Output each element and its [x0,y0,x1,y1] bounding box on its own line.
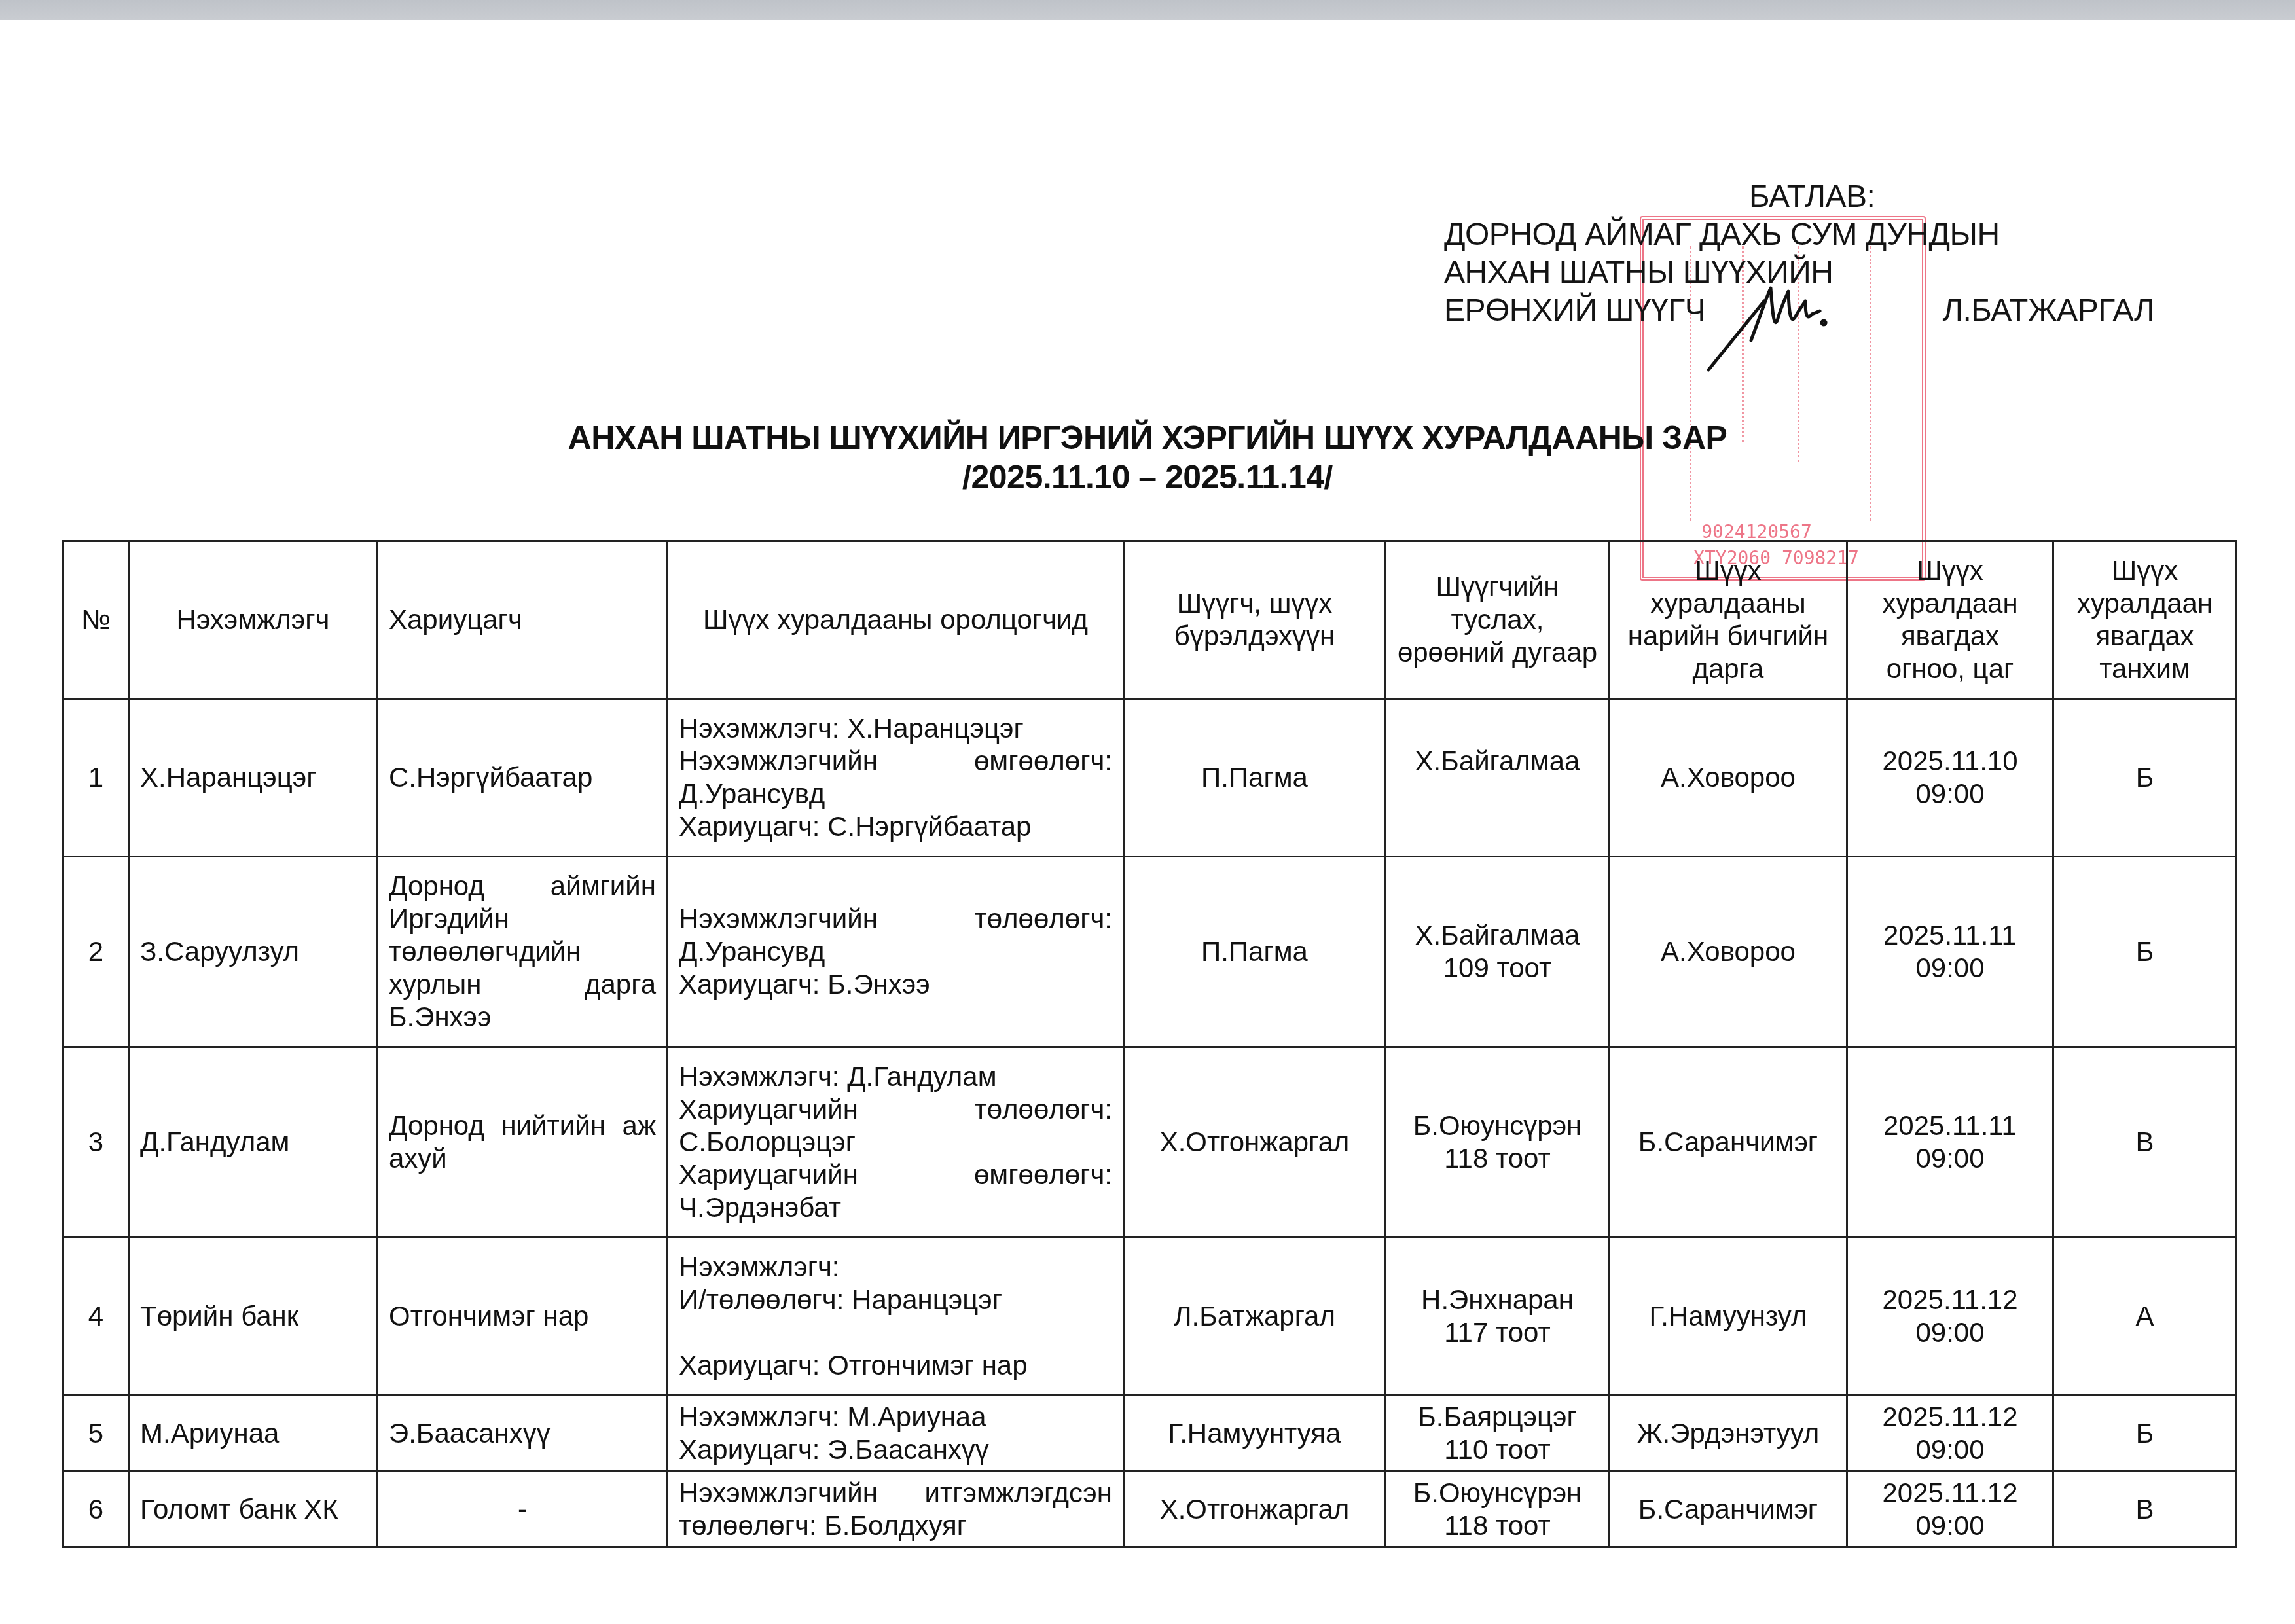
hearing-time: 09:00 [1858,1316,2042,1349]
hearing-date: 2025.11.12 [1858,1401,2042,1434]
cell-assistant-room: Б.Баярцэцэг110 тоот [1386,1396,1610,1471]
hearing-date: 2025.11.11 [1858,919,2042,952]
assistant-name: Х.Байгалмаа [1397,745,1598,778]
assistant-name: Х.Байгалмаа [1397,919,1598,952]
header-judge: Шүүгч, шүүх бүрэлдэхүүн [1124,541,1386,699]
cell-assistant-room: Б.Оюунсүрэн118 тоот [1386,1047,1610,1238]
cell-hall: А [2053,1238,2237,1396]
cell-participants: Нэхэмжлэгчийн төлөөлөгч: Д.УрансувдХариу… [668,857,1124,1047]
cell-date-time: 2025.11.1209:00 [1847,1396,2053,1471]
cell-number: 3 [63,1047,129,1238]
cell-hall: В [2053,1047,2237,1238]
cell-participants: Нэхэмжлэгч: Д.ГандуламХариуцагчийн төлөө… [668,1047,1124,1238]
cell-number: 1 [63,699,129,857]
cell-defendant: Отгончимэг нар [378,1238,668,1396]
cell-defendant: Дорнод нийтийн аж ахуй [378,1047,668,1238]
cell-judge: П.Пагма [1124,857,1386,1047]
cell-plaintiff: Төрийн банк [129,1238,378,1396]
cell-date-time: 2025.11.1209:00 [1847,1471,2053,1547]
cell-date-time: 2025.11.1009:00 [1847,699,2053,857]
cell-participants: Нэхэмжлэгч: Х.НаранцэцэгНэхэмжлэгчийн өм… [668,699,1124,857]
header-participants: Шүүх хуралдааны оролцогчид [668,541,1124,699]
cell-plaintiff: Голомт банк ХК [129,1471,378,1547]
document-title: АНХАН ШАТНЫ ШҮҮХИЙН ИРГЭНИЙ ХЭРГИЙН ШҮҮХ… [0,419,2295,457]
cell-number: 2 [63,857,129,1047]
cell-number: 5 [63,1396,129,1471]
cell-secretary: Б.Саранчимэг [1610,1047,1847,1238]
participant-line: Нэхэмжлэгч: М.Ариунаа [679,1401,1112,1434]
participant-line: Нэхэмжлэгч: Д.Гандулам [679,1060,1112,1093]
cell-plaintiff: М.Ариунаа [129,1396,378,1471]
table-row: 2З.СаруулзулДорнод аймгийн Иргэдийн төлө… [63,857,2237,1047]
cell-hall: Б [2053,857,2237,1047]
participant-line: Хариуцагч: Б.Энхээ [679,968,1112,1001]
cell-judge: Х.Отгонжаргал [1124,1471,1386,1547]
participant-line: И/төлөөлөгч: Наранцэцэг [679,1284,1112,1316]
participant-line: Хариуцагч: Э.Баасанхүү [679,1434,1112,1466]
room-number [1397,778,1598,810]
assistant-name: Б.Оюунсүрэн [1397,1477,1598,1509]
hearing-time: 09:00 [1858,778,2042,810]
cell-date-time: 2025.11.1209:00 [1847,1238,2053,1396]
table-row: 4Төрийн банкОтгончимэг нарНэхэмжлэгч:И/т… [63,1238,2237,1396]
cell-participants: Нэхэмжлэгч:И/төлөөлөгч: Наранцэцэг Хариу… [668,1238,1124,1396]
cell-date-time: 2025.11.1109:00 [1847,1047,2053,1238]
cell-plaintiff: З.Саруулзул [129,857,378,1047]
cell-number: 4 [63,1238,129,1396]
header-secretary: Шүүх хуралдааны нарийн бичгийн дарга [1610,541,1847,699]
header-hall: Шүүх хуралдаан явагдах танхим [2053,541,2237,699]
room-number: 118 тоот [1397,1509,1598,1542]
cell-defendant: Дорнод аймгийн Иргэдийн төлөөлөгчдийн ху… [378,857,668,1047]
cell-participants: Нэхэмжлэгч: М.АриунааХариуцагч: Э.Баасан… [668,1396,1124,1471]
participant-line: Хариуцагч: Отгончимэг нар [679,1349,1112,1382]
room-number: 109 тоот [1397,952,1598,984]
room-number: 117 тоот [1397,1316,1598,1349]
cell-hall: Б [2053,699,2237,857]
scan-edge [0,0,2295,20]
cell-secretary: Ж.Эрдэнэтуул [1610,1396,1847,1471]
hearing-time: 09:00 [1858,952,2042,984]
cell-assistant-room: Х.Байгалмаа109 тоот [1386,857,1610,1047]
hearing-time: 09:00 [1858,1142,2042,1175]
header-plaintiff: Нэхэмжлэгч [129,541,378,699]
cell-defendant: Э.Баасанхүү [378,1396,668,1471]
hearing-time: 09:00 [1858,1434,2042,1466]
participant-line: Нэхэмжлэгч: [679,1251,1112,1284]
cell-secretary: А.Ховороо [1610,699,1847,857]
approval-name: Л.БАТЖАРГАЛ [1942,292,2154,330]
cell-number: 6 [63,1471,129,1547]
cell-plaintiff: Д.Гандулам [129,1047,378,1238]
cell-secretary: Г.Намуунзул [1610,1238,1847,1396]
room-number: 118 тоот [1397,1142,1598,1175]
hearing-date: 2025.11.12 [1858,1477,2042,1509]
table-row: 6Голомт банк ХК-Нэхэмжлэгчийн итгэмжлэгд… [63,1471,2237,1547]
hearing-date: 2025.11.11 [1858,1110,2042,1142]
participant-line: Нэхэмжлэгч: Х.Наранцэцэг [679,712,1112,745]
header-date-time: Шүүх хуралдаан явагдах огноо, цаг [1847,541,2053,699]
approval-title: БАТЛАВ: [1444,178,2197,216]
cell-assistant-room: Б.Оюунсүрэн118 тоот [1386,1471,1610,1547]
table-row: 3Д.ГандуламДорнод нийтийн аж ахуйНэхэмжл… [63,1047,2237,1238]
cell-assistant-room: Н.Энхнаран117 тоот [1386,1238,1610,1396]
signature-icon [1702,275,1839,373]
participant-line: Нэхэмжлэгчийн төлөөлөгч: Д.Урансувд [679,903,1112,968]
table-header-row: № Нэхэмжлэгч Хариуцагч Шүүх хуралдааны о… [63,541,2237,699]
table-row: 5М.АриунааЭ.БаасанхүүНэхэмжлэгч: М.Ариун… [63,1396,2237,1471]
hearing-schedule-table: № Нэхэмжлэгч Хариуцагч Шүүх хуралдааны о… [62,540,2237,1548]
cell-defendant: С.Нэргүйбаатар [378,699,668,857]
cell-judge: Г.Намуунтуяа [1124,1396,1386,1471]
cell-assistant-room: Х.Байгалмаа [1386,699,1610,857]
cell-plaintiff: Х.Наранцэцэг [129,699,378,857]
document-period: /2025.11.10 – 2025.11.14/ [0,458,2295,496]
participant-line: Нэхэмжлэгчийн өмгөөлөгч: Д.Урансувд [679,745,1112,810]
participant-line: Хариуцагч: С.Нэргүйбаатар [679,810,1112,843]
cell-judge: Л.Батжаргал [1124,1238,1386,1396]
participant-line: Хариуцагчийн төлөөлөгч: С.Болорцэцэг [679,1093,1112,1159]
header-number: № [63,541,129,699]
cell-judge: Х.Отгонжаргал [1124,1047,1386,1238]
cell-hall: Б [2053,1396,2237,1471]
participant-line [679,1316,1112,1349]
participant-line: Хариуцагчийн өмгөөлөгч: Ч.Эрдэнэбат [679,1159,1112,1224]
header-defendant: Хариуцагч [378,541,668,699]
cell-defendant: - [378,1471,668,1547]
approval-position: ЕРӨНХИЙ ШҮҮГЧ [1444,292,1705,330]
header-assistant-room: Шүүгчийн туслах, өрөөний дугаар [1386,541,1610,699]
table-row: 1Х.НаранцэцэгС.НэргүйбаатарНэхэмжлэгч: Х… [63,699,2237,857]
cell-judge: П.Пагма [1124,699,1386,857]
hearing-time: 09:00 [1858,1509,2042,1542]
approval-org-line1: ДОРНОД АЙМАГ ДАХЬ СУМ ДУНДЫН [1444,216,2197,254]
cell-hall: В [2053,1471,2237,1547]
assistant-name: Б.Оюунсүрэн [1397,1110,1598,1142]
hearing-date: 2025.11.10 [1858,745,2042,778]
cell-secretary: Б.Саранчимэг [1610,1471,1847,1547]
hearing-date: 2025.11.12 [1858,1284,2042,1316]
assistant-name: Б.Баярцэцэг [1397,1401,1598,1434]
cell-secretary: А.Ховороо [1610,857,1847,1047]
assistant-name: Н.Энхнаран [1397,1284,1598,1316]
cell-date-time: 2025.11.1109:00 [1847,857,2053,1047]
participant-line: Нэхэмжлэгчийн итгэмжлэгдсэн төлөөлөгч: Б… [679,1477,1112,1542]
room-number: 110 тоот [1397,1434,1598,1466]
cell-participants: Нэхэмжлэгчийн итгэмжлэгдсэн төлөөлөгч: Б… [668,1471,1124,1547]
